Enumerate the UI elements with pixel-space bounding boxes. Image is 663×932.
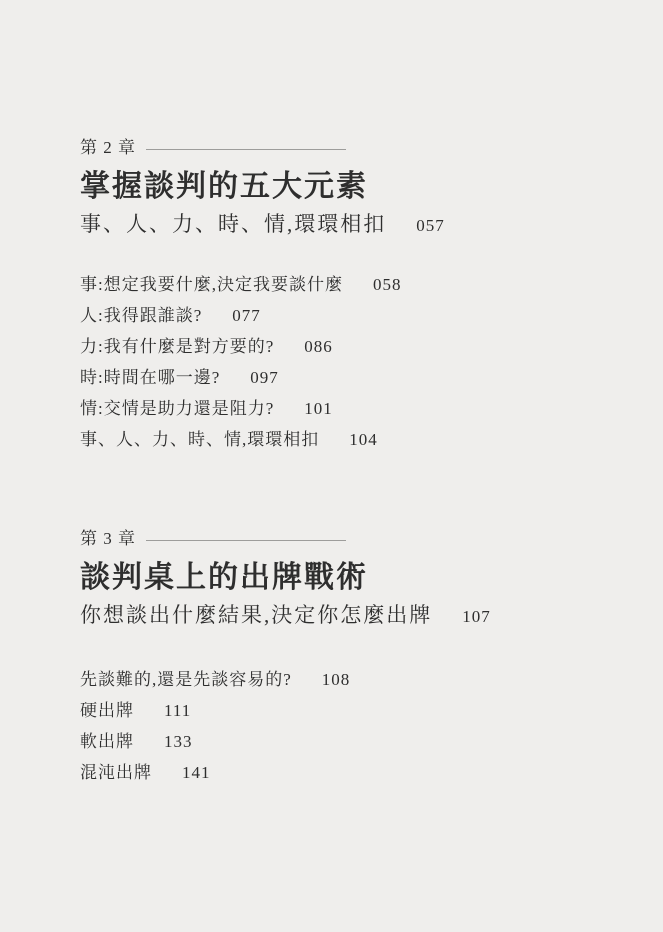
chapter-rule	[146, 149, 346, 150]
chapter-subtitle-page-number: 107	[462, 607, 491, 626]
chapter-header: 第 3 章	[80, 529, 603, 549]
toc-item-label: 時:時間在哪一邊?	[80, 368, 220, 387]
chapter-3-section: 第 3 章 談判桌上的出牌戰術 你想談出什麼結果,決定你怎麼出牌107 先談難的…	[80, 529, 603, 782]
toc-item-label: 混沌出牌	[80, 763, 152, 782]
toc-item: 硬出牌111	[80, 702, 603, 720]
toc-item-label: 事:想定我要什麼,決定我要談什麼	[80, 275, 343, 294]
chapter-subtitle-text: 事、人、力、時、情,環環相扣	[80, 212, 386, 236]
toc-list: 先談難的,還是先談容易的?108 硬出牌111 軟出牌133 混沌出牌141	[80, 671, 603, 782]
toc-item: 事:想定我要什麼,決定我要談什麼058	[80, 276, 603, 294]
toc-item-page-number: 104	[349, 430, 378, 449]
chapter-label: 第 3 章	[80, 529, 136, 549]
toc-item-label: 力:我有什麼是對方要的?	[80, 337, 274, 356]
toc-item-label: 先談難的,還是先談容易的?	[80, 670, 292, 689]
toc-item-label: 事、人、力、時、情,環環相扣	[80, 430, 319, 449]
chapter-header: 第 2 章	[80, 138, 603, 158]
toc-item-page-number: 058	[373, 275, 402, 294]
chapter-title: 談判桌上的出牌戰術	[80, 559, 603, 597]
toc-item-label: 軟出牌	[80, 732, 134, 751]
toc-item-page-number: 111	[164, 701, 191, 720]
toc-item-label: 硬出牌	[80, 701, 134, 720]
chapter-rule	[146, 540, 346, 541]
toc-item-page-number: 086	[304, 337, 333, 356]
toc-item-label: 情:交情是助力還是阻力?	[80, 399, 274, 418]
toc-item-page-number: 097	[250, 368, 279, 387]
toc-item-page-number: 101	[304, 399, 333, 418]
toc-page: 第 2 章 掌握談判的五大元素 事、人、力、時、情,環環相扣057 事:想定我要…	[0, 0, 663, 932]
chapter-subtitle: 事、人、力、時、情,環環相扣057	[80, 212, 603, 238]
toc-item-page-number: 108	[322, 670, 351, 689]
toc-item: 混沌出牌141	[80, 764, 603, 782]
chapter-2-section: 第 2 章 掌握談判的五大元素 事、人、力、時、情,環環相扣057 事:想定我要…	[80, 138, 603, 449]
chapter-subtitle-page-number: 057	[416, 216, 445, 235]
toc-item-label: 人:我得跟誰談?	[80, 306, 202, 325]
toc-list: 事:想定我要什麼,決定我要談什麼058 人:我得跟誰談?077 力:我有什麼是對…	[80, 276, 603, 449]
chapter-subtitle-text: 你想談出什麼結果,決定你怎麼出牌	[80, 603, 432, 627]
toc-item: 人:我得跟誰談?077	[80, 307, 603, 325]
toc-item: 情:交情是助力還是阻力?101	[80, 400, 603, 418]
toc-item: 先談難的,還是先談容易的?108	[80, 671, 603, 689]
toc-item: 力:我有什麼是對方要的?086	[80, 338, 603, 356]
chapter-label: 第 2 章	[80, 138, 136, 158]
toc-item-page-number: 133	[164, 732, 193, 751]
toc-item-page-number: 077	[232, 306, 261, 325]
chapter-subtitle: 你想談出什麼結果,決定你怎麼出牌107	[80, 603, 603, 629]
toc-item: 時:時間在哪一邊?097	[80, 369, 603, 387]
toc-item: 事、人、力、時、情,環環相扣104	[80, 431, 603, 449]
toc-item: 軟出牌133	[80, 733, 603, 751]
chapter-title: 掌握談判的五大元素	[80, 168, 603, 206]
toc-item-page-number: 141	[182, 763, 211, 782]
